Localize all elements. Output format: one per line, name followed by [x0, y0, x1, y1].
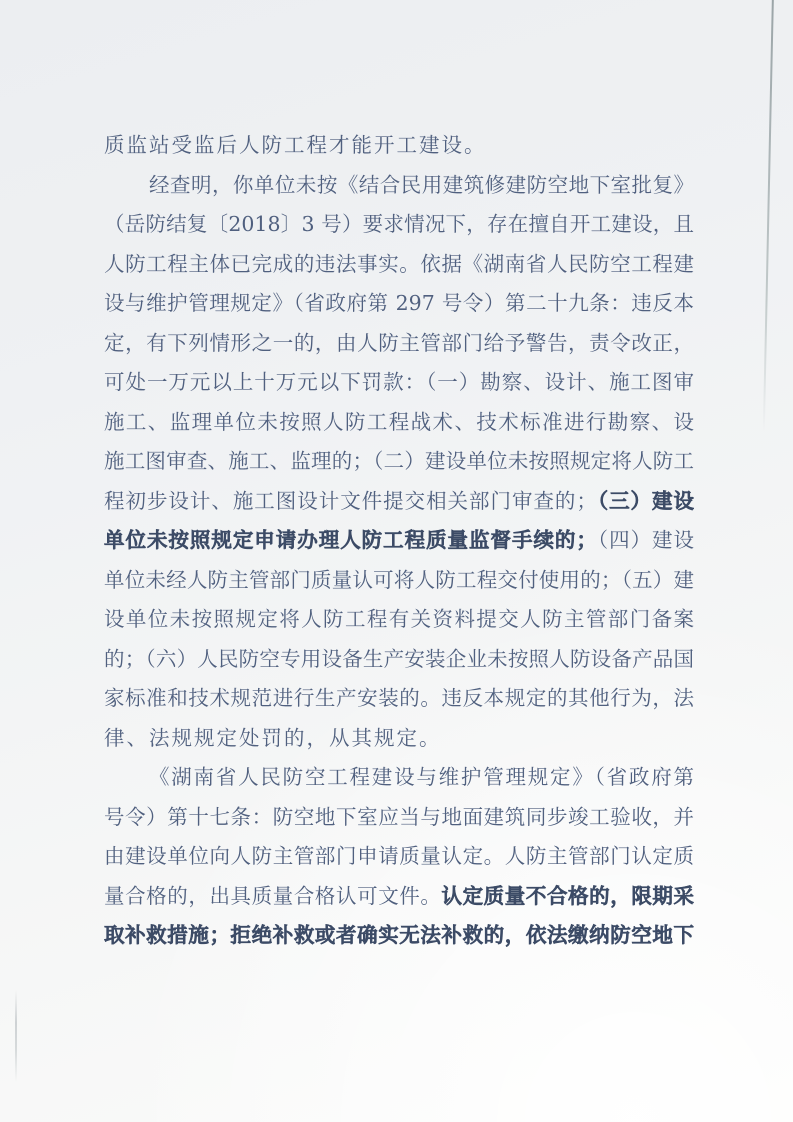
text-run: 量合格的，出具质量合格认可文件。	[104, 884, 441, 908]
text-run: 设单位未按照规定将人防工程有关资料提交人防主管部门备案	[104, 607, 694, 631]
text-line: 施工图审查、施工、监理的；（二）建设单位未按照规定将人防工	[104, 442, 694, 482]
text-line: 的；（六）人民防空专用设备生产安装企业未按照人防设备产品国	[104, 640, 694, 680]
text-line: 经查明，你单位未按《结合民用建筑修建防空地下室批复》	[104, 166, 694, 206]
text-line: 由建设单位向人防主管部门申请质量认定。人防主管部门认定质	[104, 837, 694, 877]
page-edge-right-artifact	[763, 0, 774, 432]
text-run: 律、法规规定处罚的，从其规定。	[104, 726, 442, 750]
bold-text-run: 认定质量不合格的，限期采	[441, 884, 694, 908]
text-run: （岳防结复〔2018〕3 号）要求情况下，存在擅自开工建设，且	[104, 212, 694, 236]
text-line: 设与维护管理规定》（省政府第 297 号令）第二十九条：违反本规	[104, 284, 694, 324]
text-run: 定，有下列情形之一的，由人防主管部门给予警告，责令改正，	[104, 331, 694, 355]
text-line: 家标准和技术规范进行生产安装的。违反本规定的其他行为，法	[104, 679, 694, 719]
text-run: 家标准和技术规范进行生产安装的。违反本规定的其他行为，法	[104, 686, 694, 710]
text-run: 可处一万元以上十万元以下罚款：（一）勘察、设计、施工图审查、	[104, 370, 694, 403]
text-line: 可处一万元以上十万元以下罚款：（一）勘察、设计、施工图审查、	[104, 363, 694, 403]
text-run: 施工图审查、施工、监理的；（二）建设单位未按照规定将人防工	[104, 449, 694, 473]
bold-text-run: （三）建设	[597, 489, 694, 513]
text-run: 号令）第十七条：防空地下室应当与地面建筑同步竣工验收，并	[104, 805, 694, 829]
text-run: 程初步设计、施工图设计文件提交相关部门审查的；	[104, 489, 597, 513]
text-line: 定，有下列情形之一的，由人防主管部门给予警告，责令改正，	[104, 324, 694, 364]
text-line: 量合格的，出具质量合格认可文件。认定质量不合格的，限期采	[104, 877, 694, 917]
text-line: 程初步设计、施工图设计文件提交相关部门审查的；（三）建设	[104, 482, 694, 522]
text-run: 的；（六）人民防空专用设备生产安装企业未按照人防设备产品国	[104, 647, 694, 671]
text-line: 设单位未按照规定将人防工程有关资料提交人防主管部门备案	[104, 600, 694, 640]
text-line: 单位未经人防主管部门质量认可将人防工程交付使用的；（五）建	[104, 561, 694, 601]
text-run: 质监站受监后人防工程才能开工建设。	[104, 133, 487, 157]
text-line: 施工、监理单位未按照人防工程战术、技术标准进行勘察、设计、	[104, 403, 694, 443]
text-line: 质监站受监后人防工程才能开工建设。	[104, 126, 694, 166]
text-run: 《湖南省人民防空工程建设与维护管理规定》（省政府第 297	[149, 765, 694, 798]
text-line: 单位未按照规定申请办理人防工程质量监督手续的；（四）建设	[104, 521, 694, 561]
text-run: 施工、监理单位未按照人防工程战术、技术标准进行勘察、设计、	[104, 410, 694, 443]
text-run: 由建设单位向人防主管部门申请质量认定。人防主管部门认定质	[104, 844, 694, 868]
text-run: 人防工程主体已完成的违法事实。依据《湖南省人民防空工程建	[104, 252, 694, 276]
text-run: 经查明，你单位未按《结合民用建筑修建防空地下室批复》	[149, 173, 694, 197]
text-run: 单位未经人防主管部门质量认可将人防工程交付使用的；（五）建	[104, 568, 694, 592]
text-run: （四）建设	[597, 528, 694, 552]
bold-text-run: 取补救措施；拒绝补救或者确实无法补救的，依法缴纳防空地下	[104, 923, 694, 947]
text-line: 律、法规规定处罚的，从其规定。	[104, 719, 694, 759]
document-text: 质监站受监后人防工程才能开工建设。经查明，你单位未按《结合民用建筑修建防空地下室…	[104, 126, 694, 956]
text-line: 《湖南省人民防空工程建设与维护管理规定》（省政府第 297	[104, 758, 694, 798]
text-line: 人防工程主体已完成的违法事实。依据《湖南省人民防空工程建	[104, 245, 694, 285]
page-edge-left-artifact	[15, 990, 17, 1082]
text-line: （岳防结复〔2018〕3 号）要求情况下，存在擅自开工建设，且	[104, 205, 694, 245]
text-line: 取补救措施；拒绝补救或者确实无法补救的，依法缴纳防空地下	[104, 916, 694, 956]
bold-text-run: 单位未按照规定申请办理人防工程质量监督手续的；	[104, 528, 597, 552]
scanned-page: 质监站受监后人防工程才能开工建设。经查明，你单位未按《结合民用建筑修建防空地下室…	[0, 0, 793, 1122]
text-line: 号令）第十七条：防空地下室应当与地面建筑同步竣工验收，并	[104, 798, 694, 838]
text-run: 设与维护管理规定》（省政府第 297 号令）第二十九条：违反本规	[104, 291, 694, 324]
